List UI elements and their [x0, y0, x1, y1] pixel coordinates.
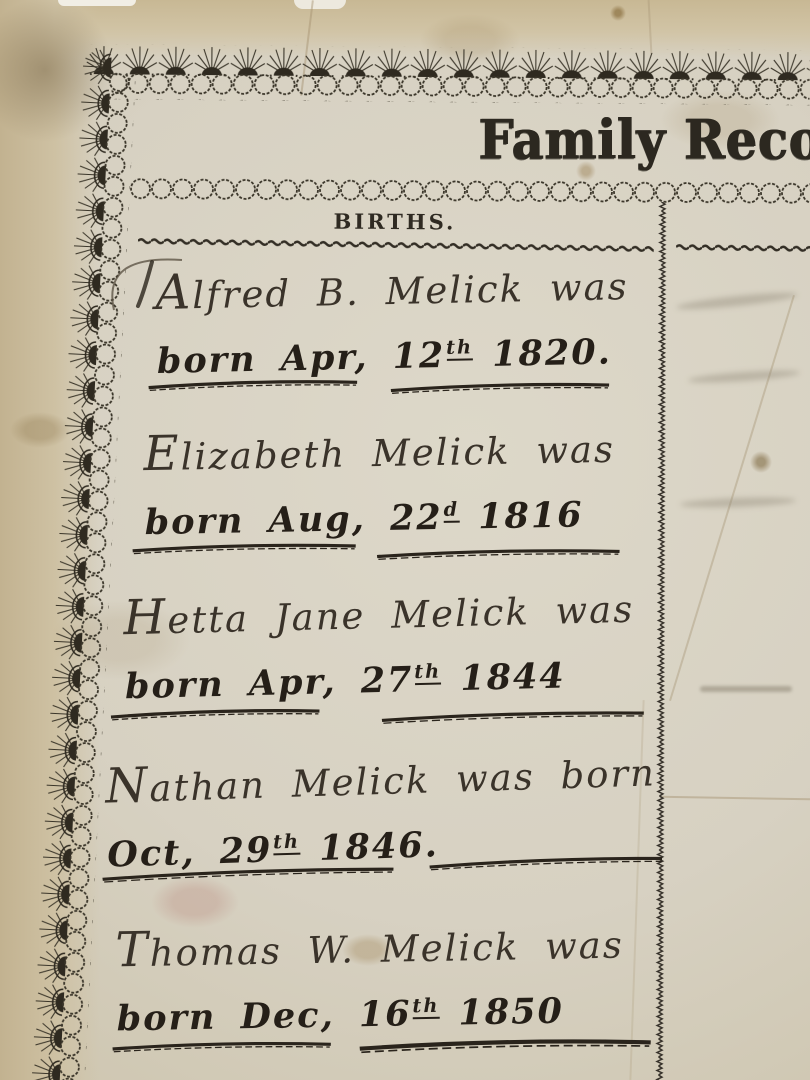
entry-born-text: born Apr, 27	[125, 659, 414, 707]
birth-entry: Thomas W. Melick was born Dec, 16th1850	[115, 912, 625, 1040]
entry-ordinal: th	[446, 336, 473, 362]
underline-flourish	[108, 705, 323, 723]
screenshot-root: { "page": { "title": "Family Record", "s…	[0, 0, 810, 1080]
entry-name-line: Hetta Jane Melick was	[123, 576, 635, 649]
entry-born-text: born Dec, 16	[116, 993, 412, 1039]
entry-ordinal: th	[414, 660, 441, 686]
entry-name-line: Elizabeth Melick was	[143, 416, 615, 484]
entry-date-line: born Dec, 16th1850	[116, 990, 625, 1040]
document-photo: Family Record BIRTHS. Alfred B. Melick w…	[0, 0, 810, 1080]
entry-date-line: born Apr, 27th1844	[125, 654, 637, 707]
births-column: Alfred B. Melick was born Apr, 12th1820.…	[96, 248, 662, 1080]
entry-born-text: born Apr, 12	[156, 335, 445, 382]
entry-name-line: Thomas W. Melick was	[115, 912, 624, 981]
entry-name-line: Nathan Melick was born	[104, 739, 656, 816]
underline-flourish	[109, 1039, 334, 1056]
section-header-births: BIRTHS.	[135, 207, 655, 236]
underline-flourish	[129, 540, 359, 557]
entry-year: 1820.	[492, 332, 612, 375]
entry-ordinal: d	[443, 498, 459, 523]
birth-entry: Hetta Jane Melick was born Apr, 27th1844	[123, 576, 637, 708]
entry-ordinal: th	[273, 830, 301, 856]
underline-flourish	[373, 546, 623, 563]
underline-flourish	[355, 1035, 655, 1057]
wavy-rule-right-column	[676, 242, 810, 256]
chain-border-under-title	[130, 176, 810, 209]
birth-entry: Alfred B. Melick was born Apr, 12th1820.	[155, 253, 630, 382]
entry-ordinal: th	[412, 994, 439, 1019]
sunburst-chain-border-top	[86, 44, 810, 106]
entry-year: 1844	[460, 656, 566, 700]
birth-entry: Elizabeth Melick was born Aug, 22d1816	[143, 416, 616, 543]
entry-name-line: Alfred B. Melick was	[155, 253, 629, 323]
entry-born-text: born Aug, 22	[144, 497, 443, 543]
underline-flourish	[387, 379, 612, 397]
page-title: Family Record	[478, 108, 810, 172]
entry-year: 1846.	[319, 824, 440, 869]
ink-bleedthrough	[700, 686, 792, 692]
underline-flourish	[378, 707, 648, 727]
entry-date-line: born Aug, 22d1816	[144, 494, 616, 543]
entry-year: 1850	[458, 991, 564, 1034]
birth-entry: Nathan Melick was born Oct, 29th1846.	[104, 739, 658, 875]
entry-date-line: born Apr, 12th1820.	[156, 331, 630, 382]
entry-year: 1816	[478, 495, 584, 538]
